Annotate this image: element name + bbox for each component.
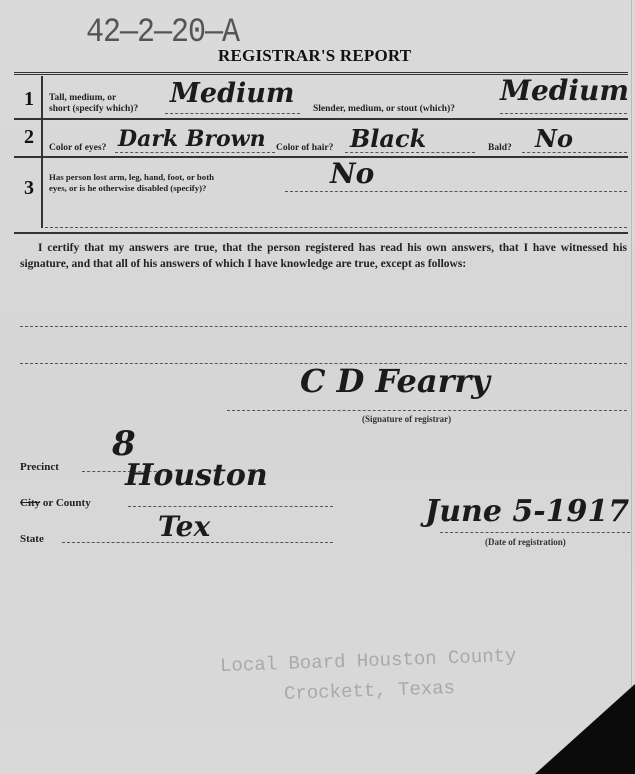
- state-label: State: [20, 534, 44, 545]
- state-answer: Tex: [158, 510, 210, 543]
- document-title: REGISTRAR'S REPORT: [218, 46, 411, 66]
- date-line: [440, 532, 630, 533]
- build-answer: Medium: [500, 74, 629, 107]
- certification-text: I certify that my answers are true, that…: [20, 240, 627, 272]
- serial-number: 42—2—20—A: [86, 13, 239, 52]
- height-label-line1: Tall, medium, or: [49, 93, 138, 104]
- build-answer-line: [500, 113, 627, 114]
- paper-edge: [631, 0, 632, 700]
- height-label: Tall, medium, or short (specify which)?: [49, 93, 138, 115]
- row-divider-2: [14, 156, 628, 158]
- question-number-2: 2: [24, 126, 34, 149]
- question-number-3: 3: [24, 177, 34, 200]
- hair-color-label: Color of hair?: [276, 143, 333, 154]
- city-label-struck: City: [20, 497, 40, 509]
- registration-date: June 5-1917: [425, 494, 629, 529]
- number-column-divider: [41, 76, 43, 228]
- disability-label-line1: Has person lost arm, leg, hand, foot, or…: [49, 172, 214, 183]
- scan-corner-shadow: [535, 684, 635, 774]
- hair-color-answer: Black: [350, 124, 426, 153]
- signature-caption: (Signature of registrar): [362, 414, 451, 424]
- question-number-1: 1: [24, 88, 34, 111]
- registration-card: 42—2—20—A REGISTRAR'S REPORT 1 Tall, med…: [0, 0, 635, 774]
- height-answer: Medium: [170, 78, 294, 109]
- disability-label-line2: eyes, or is he otherwise disabled (speci…: [49, 183, 214, 194]
- disability-label: Has person lost arm, leg, hand, foot, or…: [49, 172, 214, 194]
- exceptions-line-1: [20, 326, 627, 327]
- eye-color-answer-line: [115, 152, 275, 153]
- bald-answer: No: [535, 124, 573, 153]
- precinct-label: Precinct: [20, 462, 59, 473]
- date-caption: (Date of registration): [485, 537, 566, 547]
- signature-line: [227, 410, 627, 411]
- disability-answer: No: [330, 157, 374, 190]
- county-answer-line: [128, 506, 333, 507]
- local-board-stamp-line2: Crockett, Texas: [284, 677, 456, 705]
- county-label: City or County: [20, 498, 91, 509]
- bald-label: Bald?: [488, 143, 512, 154]
- height-label-line2: short (specify which)?: [49, 104, 138, 115]
- eye-color-label: Color of eyes?: [49, 143, 106, 154]
- table-bottom-rule: [14, 232, 628, 234]
- build-label: Slender, medium, or stout (which)?: [313, 104, 455, 115]
- county-answer: Houston: [125, 458, 268, 493]
- county-label-text: or County: [43, 497, 91, 509]
- disability-answer-line: [285, 191, 627, 192]
- registrar-signature: C D Fearry: [300, 362, 490, 400]
- row-divider-1: [14, 118, 628, 120]
- eye-color-answer: Dark Brown: [118, 126, 266, 152]
- local-board-stamp-line1: Local Board Houston County: [220, 645, 517, 677]
- disability-extra-line: [45, 227, 627, 228]
- height-answer-line: [165, 113, 300, 114]
